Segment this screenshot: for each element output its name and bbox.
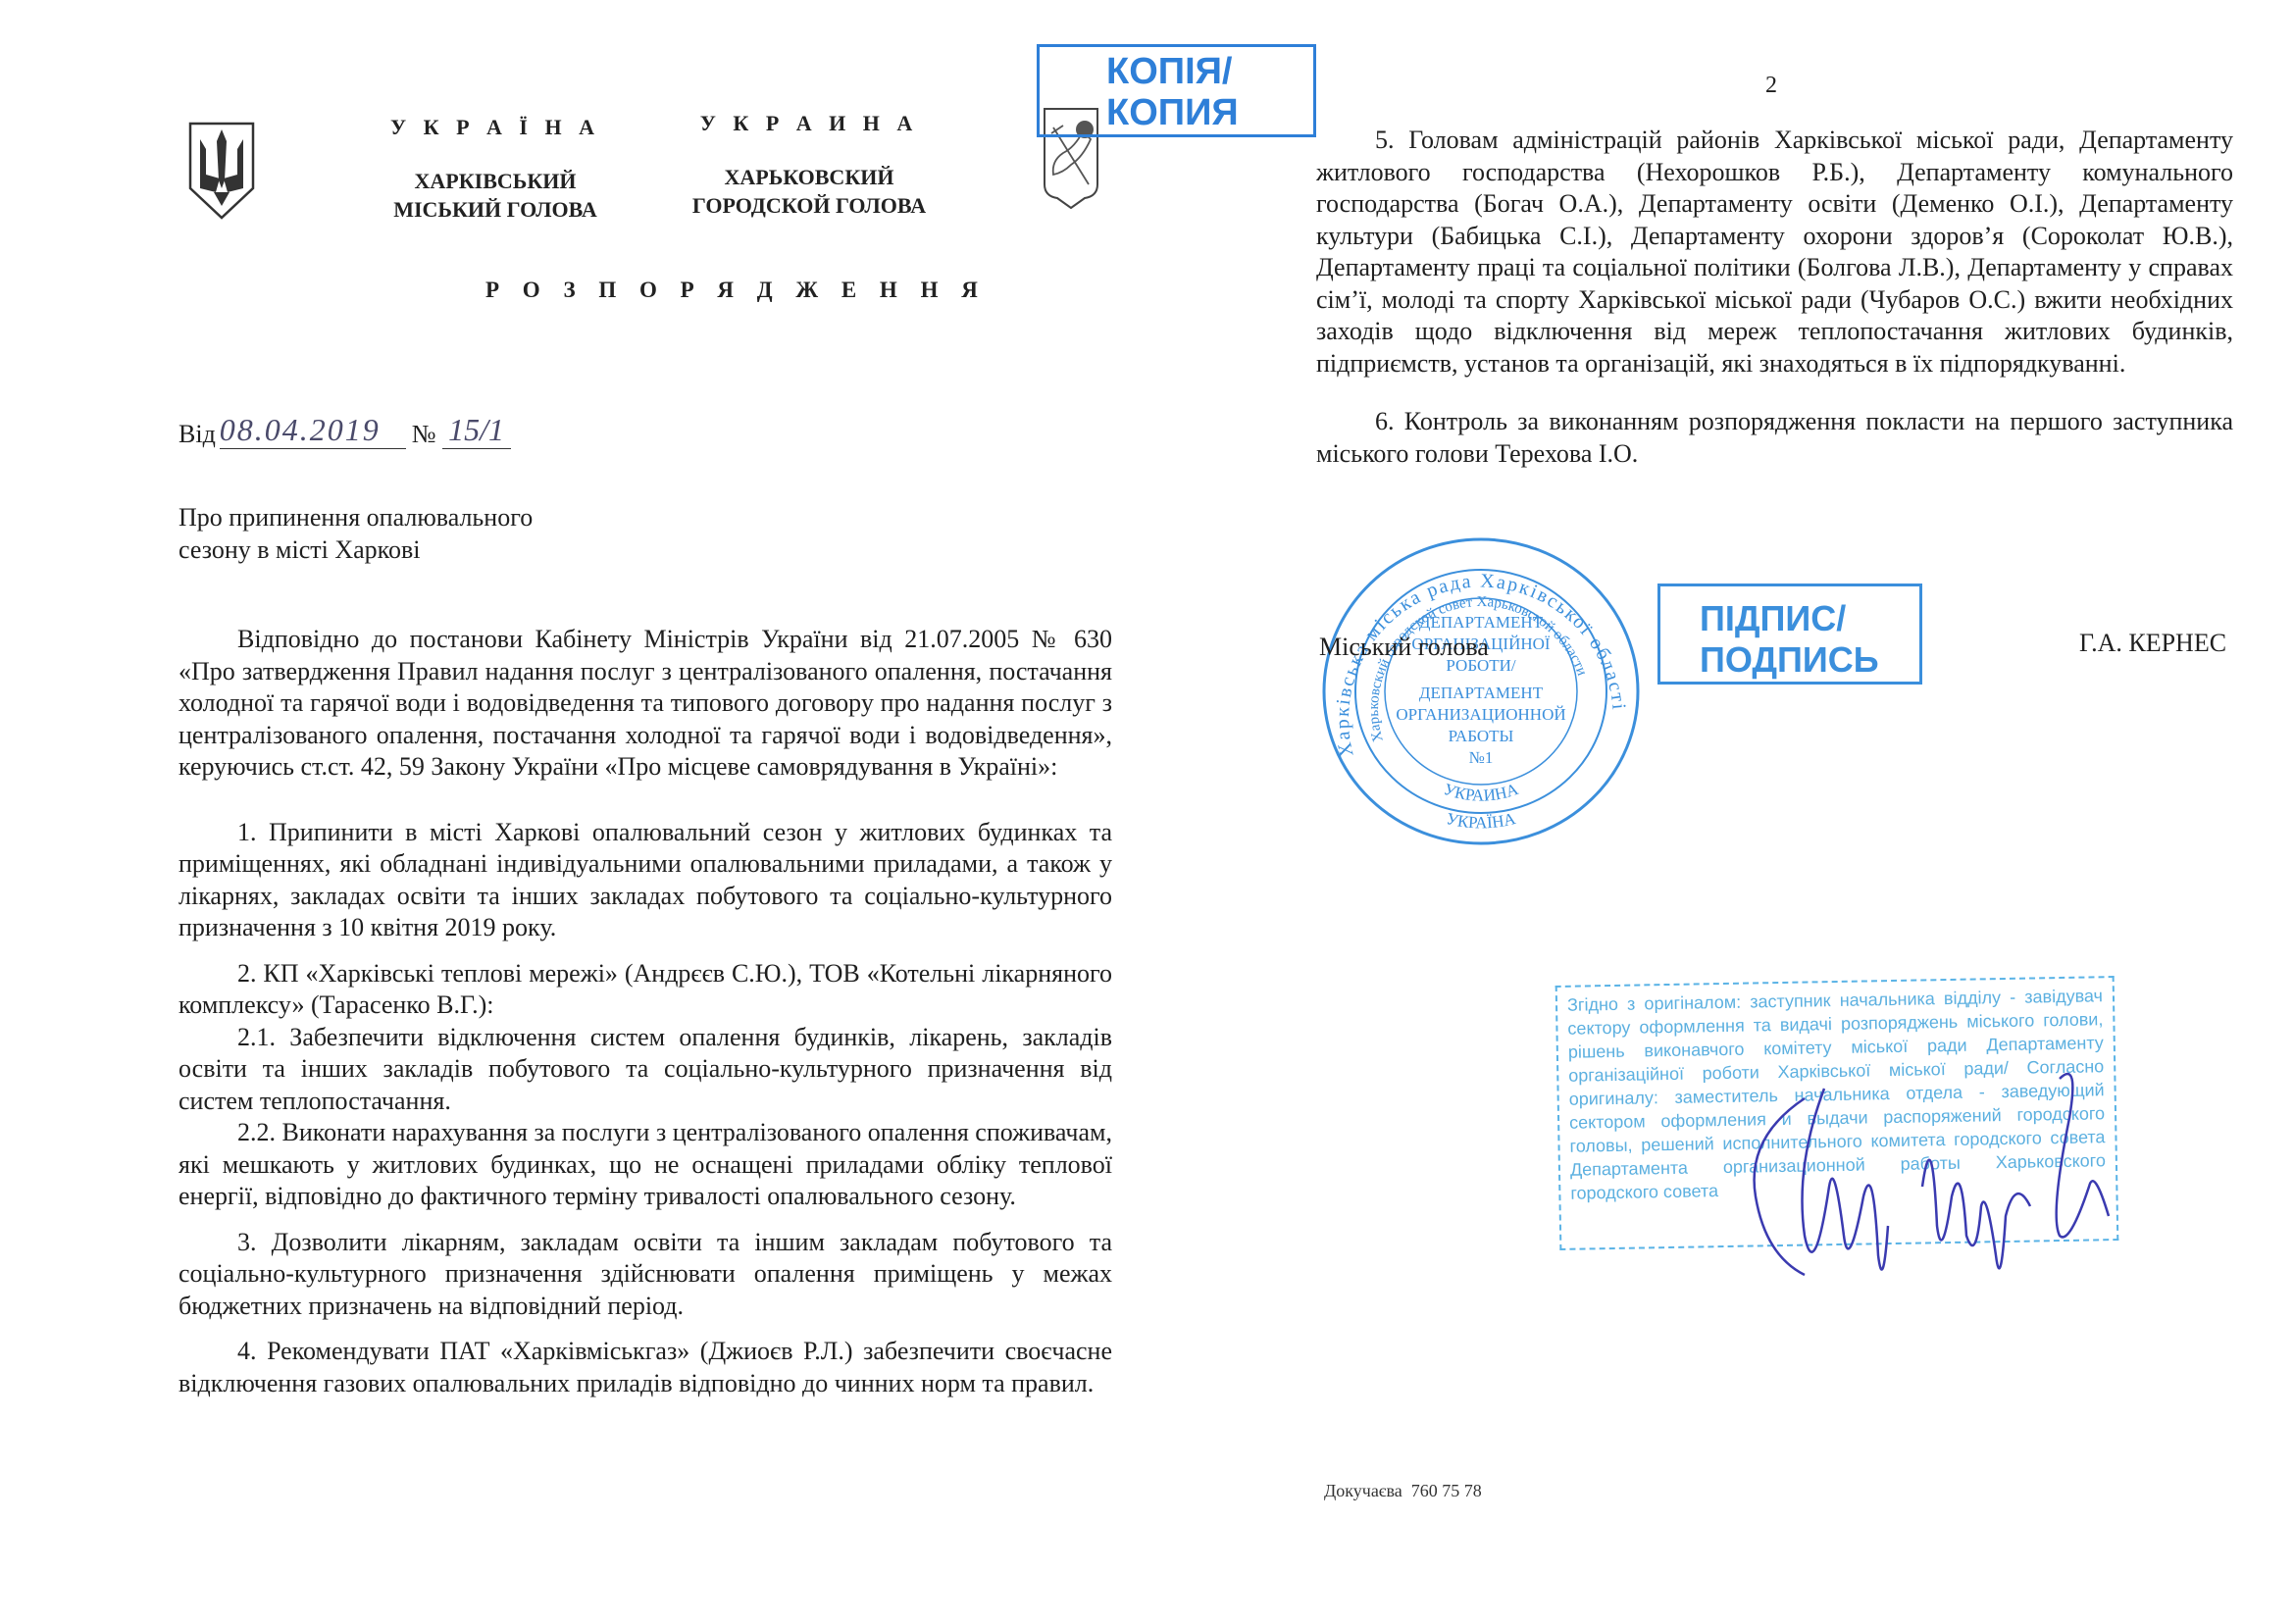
right-body-inner: 5. Головам адміністрацій районів Харківс… [1316, 125, 2233, 470]
item-2-1: 2.1. Забезпечити відключення систем опал… [178, 1022, 1112, 1118]
copy-stamp-line: КОПІЯ/ [1106, 51, 1313, 92]
right-page: 2 КОПІЯ/ КОПИЯ 5. Головам адміністрацій … [1147, 0, 2294, 1624]
footer-contact: Докучаєва 760 75 78 [1324, 1481, 1482, 1501]
left-page: У К Р А Ї Н А ХАРКІВСЬКИЙ МІСЬКИЙ ГОЛОВА… [0, 0, 1147, 1624]
left-body: Відповідно до постанови Кабінету Міністр… [178, 624, 1112, 1399]
svg-text:ОРГАНИЗАЦИОННОЙ: ОРГАНИЗАЦИОННОЙ [1396, 705, 1565, 724]
signatory-name: Г.А. КЕРНЕС [2079, 628, 2226, 660]
header-ua-line2: МІСЬКИЙ ГОЛОВА [353, 195, 637, 224]
svg-text:ДЕПАРТАМЕНТ: ДЕПАРТАМЕНТ [1419, 613, 1544, 632]
subject: Про припинення опалювального сезону в мі… [178, 502, 669, 566]
date-value: 08.04.2019 [220, 412, 406, 449]
header-ua-line1: ХАРКІВСЬКИЙ [353, 167, 637, 195]
svg-text:№1: №1 [1469, 748, 1494, 767]
copy-stamp: КОПІЯ/ КОПИЯ [1037, 44, 1316, 137]
document-type-title: Р О З П О Р Я Д Ж Е Н Н Я [485, 278, 987, 303]
header-ua-country: У К Р А Ї Н А [353, 113, 637, 141]
signature-stamp-line: ПОДПИСЬ [1700, 639, 1919, 681]
header-ru-country: У К Р А И Н А [662, 109, 956, 137]
round-seal-icon: Харківська міська рада Харківської облас… [1314, 530, 1648, 853]
preamble: Відповідно до постанови Кабінету Міністр… [178, 624, 1112, 784]
signature-stamp: ПІДПИС/ ПОДПИСЬ [1657, 584, 1922, 685]
handwritten-signature-icon [1736, 1059, 2128, 1304]
header-ru: У К Р А И Н А ХАРЬКОВСКИЙ ГОРОДСКОЙ ГОЛО… [662, 109, 956, 220]
svg-text:РАБОТЫ: РАБОТЫ [1449, 727, 1514, 745]
item-5: 5. Головам адміністрацій районів Харківс… [1316, 125, 2233, 380]
svg-text:ДЕПАРТАМЕНТ: ДЕПАРТАМЕНТ [1419, 684, 1544, 702]
number-label: № [412, 420, 436, 449]
item-3: 3. Дозволити лікарням, закладам освіти т… [178, 1227, 1112, 1323]
header-ru-line1: ХАРЬКОВСКИЙ [662, 163, 956, 191]
page-number: 2 [1765, 73, 1777, 99]
item-2-2: 2.2. Виконати нарахування за послуги з ц… [178, 1117, 1112, 1213]
item-4: 4. Рекомендувати ПАТ «Харківміськгаз» (Д… [178, 1336, 1112, 1399]
header-ua: У К Р А Ї Н А ХАРКІВСЬКИЙ МІСЬКИЙ ГОЛОВА [353, 113, 637, 224]
subject-line: Про припинення опалювального [178, 502, 669, 534]
signatory-title: Міський голова [1319, 632, 1489, 664]
item-1: 1. Припинити в місті Харкові опалювальни… [178, 817, 1112, 944]
number-value: 15/1 [442, 412, 511, 449]
item-6: 6. Контроль за виконанням розпорядження … [1316, 406, 2233, 470]
signature-stamp-line: ПІДПИС/ [1700, 598, 1919, 639]
item-2: 2. КП «Харківські теплові мережі» (Андрє… [178, 958, 1112, 1022]
date-label: Від [178, 420, 216, 449]
date-number-line: Від 08.04.2019 № 15/1 [178, 412, 511, 449]
header-ru-line2: ГОРОДСКОЙ ГОЛОВА [662, 191, 956, 220]
svg-text:УКРАИНА: УКРАИНА [1442, 780, 1521, 805]
copy-stamp-line: КОПИЯ [1106, 92, 1313, 133]
subject-line: сезону в місті Харкові [178, 534, 669, 567]
trident-emblem-icon [186, 120, 257, 222]
